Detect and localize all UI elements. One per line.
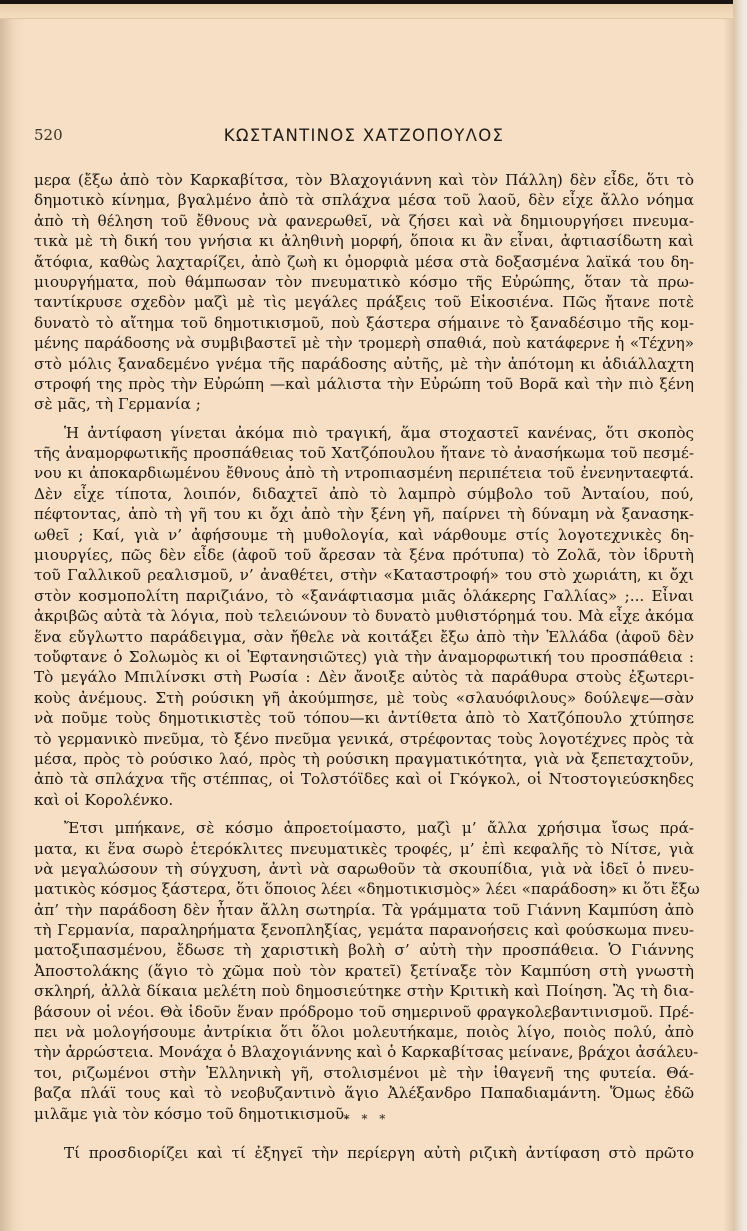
- section-break-asterisks: * * *: [0, 1112, 733, 1126]
- text-line: Ἔτσι μπήκανε, σὲ κόσμο ἀπροετοίμαστο, μα…: [34, 818, 694, 838]
- text-line: βαζα πλάϊ τους καὶ τὸ νεοβυζαντινὸ ἅγιο …: [34, 1083, 694, 1103]
- text-line: Δὲν εἶχε τίποτα, λοιπόν, διδαχτεῖ ἀπὸ τὸ…: [34, 484, 694, 504]
- text-line: μένης παράδοσης νὰ συμβιβαστεῖ μὲ τὴν τρ…: [34, 333, 694, 353]
- text-line: μέσα, πρὸς τὸ ρούσικο λαό, πρὸς τὴ ρούσι…: [34, 749, 694, 769]
- paragraph-2: Ἡ ἀντίφαση γίνεται ἀκόμα πιὸ τραγική, ἅμ…: [34, 423, 694, 810]
- text-line: ταντίκρυσε σχεδὸν μαζὶ μὲ τὶς μεγάλες πρ…: [34, 292, 694, 312]
- text-line: Τί προσδιορίζει καὶ τί ἐξηγεῖ τὴν περίερ…: [34, 1143, 694, 1163]
- text-line: στὸν κοσμοπολίτη παριζιάνο, τὸ «ξανάφτια…: [34, 586, 694, 606]
- text-line: νὰ μεγαλώσουν τὴ σύγχυση, ἀντὶ νὰ σαρωθο…: [34, 859, 694, 879]
- text-line: πει νὰ μολογήσουμε ἀντρίκια ὅτι ὅλοι μολ…: [34, 1022, 694, 1042]
- text-line: βάσουν οἱ νέοι. Θὰ ἰδοῦν ἕναν πρόδρομο τ…: [34, 1002, 694, 1022]
- text-line: ματα, κι ἕνα σωρὸ ἑτερόκλιτες πνευματικὲ…: [34, 839, 694, 859]
- running-head-author: ΚΩΣΤΑΝΤΙΝΟΣ ΧΑΤΖΟΠΟΥΛΟΣ: [34, 126, 694, 145]
- text-line: ἄτόφια, καθὼς λαχταρίζει, ἀπὸ ζωὴ κι ὀμο…: [34, 252, 694, 272]
- text-line: μιουργίες, πῶς δὲν εἶδε (ἀφοῦ τοῦ ἄρεσαν…: [34, 545, 694, 565]
- text-line: στὸ μόλις ξαναδεμένο γνέμα τῆς παράδοσης…: [34, 354, 694, 374]
- text-line: ματικὸς κόσμος ξάστερα, ὅτι ὅποιος λέει …: [34, 879, 694, 899]
- text-line: κοὺς ἀνέμους. Στὴ ρούσικη γῆ ἀκούμπησε, …: [34, 688, 694, 708]
- text-line: τοι, ριζωμένοι στὴν Ἑλληνικὴ γῆ, στολισμ…: [34, 1063, 694, 1083]
- text-line: πέφτοντας, ἀπὸ τὴ γῆ του κι ὄχι ἀπὸ τὴν …: [34, 504, 694, 524]
- text-line: Τὸ μεγάλο Μπιλίνσκι στὴ Ρωσία : Δὲν ἄνοι…: [34, 667, 694, 687]
- text-line: ωθεῖ ; Καί, γιὰ ν’ ἀφήσουμε τὴ μυθολογία…: [34, 525, 694, 545]
- text-line: τὸ γερμανικὸ πνεῦμα, τὸ ξένο πνεῦμα γενι…: [34, 729, 694, 749]
- page-top-edge: [0, 4, 733, 19]
- text-line: δυνατὸ τὸ αἴτημα τοῦ δημοτικισμοῦ, ποὺ ξ…: [34, 313, 694, 333]
- text-line: μερα (ἔξω ἀπὸ τὸν Καρκαβίτσα, τὸν Βλαχογ…: [34, 170, 694, 190]
- text-line: νου κι ἀποκαρδιωμένου ἔθνους ἀπὸ τὴ ντρο…: [34, 463, 694, 483]
- text-line: ἀπὸ τὰ σπλάχνα τῆς στέππας, οἱ Τολστόϊδε…: [34, 769, 694, 789]
- text-line: ἀπ’ τὴν παράδοση δὲν ἦταν ἄλλη σωτηρία. …: [34, 900, 694, 920]
- page-header: 520 ΚΩΣΤΑΝΤΙΝΟΣ ΧΑΤΖΟΠΟΥΛΟΣ: [34, 126, 694, 150]
- text-line: Ἀποστολάκης (ἅγιο τὸ χῶμα ποὺ τὸν κρατεῖ…: [34, 961, 694, 981]
- paragraph-1: μερα (ἔξω ἀπὸ τὸν Καρκαβίτσα, τὸν Βλαχογ…: [34, 170, 694, 415]
- text-line: τῆς ἀναμορφωτικῆς προσπάθειας τοῦ Χατζόπ…: [34, 443, 694, 463]
- text-line: ἀπὸ τὴ θέληση τοῦ ἔθνους νὰ φανερωθεῖ, ν…: [34, 211, 694, 231]
- text-line: νὰ ποῦμε τοὺς δημοτικιστὲς τοῦ τόπου—κι …: [34, 708, 694, 728]
- text-line: ἀκριβῶς αὐτὰ τὰ λόγια, ποὺ τελειώνουν τὸ…: [34, 606, 694, 626]
- text-line: τικὰ μὲ τὴ δική του γνήσια κι ἀληθινὴ μο…: [34, 231, 694, 251]
- text-line: καὶ οἱ Κορολένκο.: [34, 790, 694, 810]
- text-line: δημοτικὸ κίνημα, βγαλμένο ἀπὸ τὰ σπλάχνα…: [34, 190, 694, 210]
- final-paragraph: Τί προσδιορίζει καὶ τί ἐξηγεῖ τὴν περίερ…: [34, 1143, 694, 1163]
- text-line: ἕνα εὔγλωττο παράδειγμα, σὰν ἤθελε νὰ κο…: [34, 627, 694, 647]
- text-line: σκληρή, ἀλλὰ δίκαια μελέτη ποὺ δημοσιεύτ…: [34, 981, 694, 1001]
- text-line: τὴν ἀρρώστεια. Μονάχα ὁ Βλαχογιάννης καὶ…: [34, 1042, 694, 1062]
- text-line: τοῦ Γαλλικοῦ ρεαλισμοῦ, ν’ ἀναθέτει, στὴ…: [34, 565, 694, 585]
- page-right-edge-shadow: [733, 0, 747, 1231]
- text-line: Ἡ ἀντίφαση γίνεται ἀκόμα πιὸ τραγική, ἅμ…: [34, 423, 694, 443]
- text-line: ματοξιπασμένου, ἔδωσε τὴ χαριστικὴ βολὴ …: [34, 940, 694, 960]
- text-line: σὲ μᾶς, τὴ Γερμανία ;: [34, 394, 694, 414]
- paragraph-3: Ἔτσι μπήκανε, σὲ κόσμο ἀπροετοίμαστο, μα…: [34, 818, 694, 1124]
- text-line: μιουργήματα, ποὺ θάμπωσαν τὸν πνευματικὸ…: [34, 272, 694, 292]
- text-line: τὴ Γερμανία, παραληρήματα ξενοπληξίας, γ…: [34, 920, 694, 940]
- text-line: στροφή της πρὸς τὴν Εὐρώπη —καὶ μάλιστα …: [34, 374, 694, 394]
- body-text: μερα (ἔξω ἀπὸ τὸν Καρκαβίτσα, τὸν Βλαχογ…: [34, 170, 694, 1124]
- text-line: τοὔφτανε ὁ Σολωμὸς κι οἱ Ἑφτανησιῶτες) γ…: [34, 647, 694, 667]
